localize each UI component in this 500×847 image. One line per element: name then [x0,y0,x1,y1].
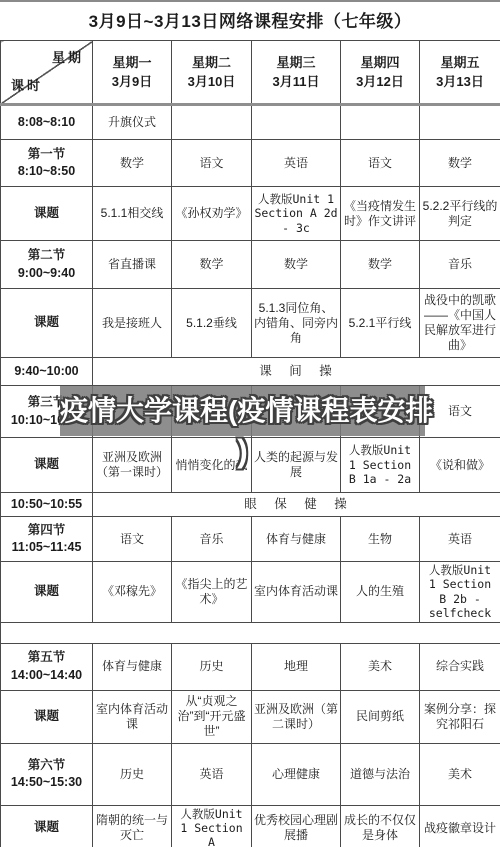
topic-cell: 优秀校园心理剧展播 [252,805,341,847]
header-day-wednesday: 星期三 3月11日 [252,41,341,105]
weekday-label: 星期一 [93,53,171,73]
topic-cell: 《邓稼先》 [93,562,172,623]
topic-cell: 人的生殖 [341,562,420,623]
topic-cell: 人教版Unit 1 Section B 2b - selfcheck [420,562,500,623]
topic-label-cell: 课题 [1,690,93,743]
date-label: 3月11日 [252,72,340,92]
table-row-period-4: 第四节 11:05~11:45 语文 音乐 体育与健康 生物 英语 [1,517,500,562]
subject-cell: 数学 [252,241,341,289]
topic-cell: 悄悄变化的我 [172,438,252,493]
subject-cell [420,105,500,140]
topic-cell: 室内体育活动课 [93,690,172,743]
topic-cell: 人教版Unit 1 Section B 1a - 2a [341,438,420,493]
table-row-break-exercise: 9:40~10:00 课间操 [1,358,500,386]
topic-label-cell: 课题 [1,187,93,241]
subject-cell: 体育与健康 [252,517,341,562]
subject-cell [252,105,341,140]
table-row-topic-3: 课题 亚洲及欧洲（第一课时） 悄悄变化的我 人类的起源与发展 人教版Unit 1… [1,438,500,493]
time-cell: 第六节 14:50~15:30 [1,743,93,805]
date-label: 3月10日 [172,72,251,92]
table-row-period-5: 第五节 14:00~14:40 体育与健康 历史 地理 美术 综合实践 [1,643,500,690]
subject-cell [172,386,252,438]
topic-label-cell: 课题 [1,562,93,623]
page-title: 3月9日~3月13日网络课程安排（七年级） [0,2,500,40]
subject-cell: 生物 [341,517,420,562]
table-row-topic-6: 课题 隋朝的统一与灭亡 人教版Unit 1 Section A 优秀校园心理剧展… [1,805,500,847]
subject-cell: 数学 [341,241,420,289]
topic-label-cell: 课题 [1,438,93,493]
topic-cell: 案例分享：探究祁阳石 [420,690,500,743]
table-row-flag-ceremony: 8:08~8:10 升旗仪式 [1,105,500,140]
time-cell: 第一节 8:10~8:50 [1,140,93,187]
topic-cell: 《指尖上的艺术》 [172,562,252,623]
topic-cell: 战役中的凯歌——《中国人民解放军进行曲》 [420,289,500,358]
weekday-label: 星期四 [341,53,419,73]
subject-cell: 美术 [341,643,420,690]
topic-cell: 5.1.1相交线 [93,187,172,241]
corner-week-label: 星期 [52,50,84,66]
topic-cell: 《说和做》 [420,438,500,493]
break-span-cell: 课间操 [93,358,500,386]
topic-cell: 人类的起源与发展 [252,438,341,493]
time-cell: 8:08~8:10 [1,105,93,140]
time-cell: 9:40~10:00 [1,358,93,386]
topic-cell: 室内体育活动课 [252,562,341,623]
time-cell: 第二节 9:00~9:40 [1,241,93,289]
subject-cell: 地理 [252,643,341,690]
date-label: 3月9日 [93,72,171,92]
topic-cell: 《当疫情发生时》作文讲评 [341,187,420,241]
table-row-topic-5: 课题 室内体育活动课 从“贞观之治”到“开元盛世” 亚洲及欧洲（第二课时） 民间… [1,690,500,743]
subject-cell [93,386,172,438]
table-row-topic-2: 课题 我是接班人 5.1.2垂线 5.1.3同位角、内错角、同旁内角 5.2.1… [1,289,500,358]
subject-cell: 升旗仪式 [93,105,172,140]
subject-cell: 美术 [420,743,500,805]
subject-cell: 数学 [93,140,172,187]
date-label: 3月13日 [420,72,500,92]
subject-cell: 英语 [252,140,341,187]
table-row-period-2: 第二节 9:00~9:40 省直播课 数学 数学 数学 音乐 [1,241,500,289]
table-row-period-6: 第六节 14:50~15:30 历史 英语 心理健康 道德与法治 美术 [1,743,500,805]
subject-cell: 英语 [420,517,500,562]
subject-cell: 数学 [420,140,500,187]
weekday-label: 星期二 [172,53,251,73]
weekday-label: 星期五 [420,53,500,73]
subject-cell: 语文 [172,140,252,187]
subject-cell: 体育与健康 [93,643,172,690]
subject-cell: 数学 [172,241,252,289]
subject-cell: 语文 [93,517,172,562]
header-day-friday: 星期五 3月13日 [420,41,500,105]
subject-cell: 道德与法治 [341,743,420,805]
topic-cell: 民间剪纸 [341,690,420,743]
topic-cell: 5.1.2垂线 [172,289,252,358]
subject-cell [252,386,341,438]
table-row-topic-1: 课题 5.1.1相交线 《孙权劝学》 人教版Unit 1 Section A 2… [1,187,500,241]
table-row-period-3: 第三节 10:10~10:50 语文 [1,386,500,438]
break-span-cell: 眼保健操 [93,493,500,517]
table-row-topic-4: 课题 《邓稼先》 《指尖上的艺术》 室内体育活动课 人的生殖 人教版Unit 1… [1,562,500,623]
time-cell: 第五节 14:00~14:40 [1,643,93,690]
table-row-period-1: 第一节 8:10~8:50 数学 语文 英语 语文 数学 [1,140,500,187]
topic-cell: 人教版Unit 1 Section A 2d - 3c [252,187,341,241]
header-day-thursday: 星期四 3月12日 [341,41,420,105]
time-cell: 10:50~10:55 [1,493,93,517]
topic-cell: 5.2.1平行线 [341,289,420,358]
schedule-table: 星期 课时 星期一 3月9日 星期二 3月10日 星期三 3月11日 星期四 [0,40,500,847]
time-cell: 第四节 11:05~11:45 [1,517,93,562]
corner-period-label: 课时 [11,78,43,94]
topic-cell: 5.1.3同位角、内错角、同旁内角 [252,289,341,358]
subject-cell: 音乐 [420,241,500,289]
header-corner-cell: 星期 课时 [1,41,93,105]
subject-cell: 心理健康 [252,743,341,805]
subject-cell [172,105,252,140]
gap-row [1,622,500,643]
topic-cell: 亚洲及欧洲（第一课时） [93,438,172,493]
subject-cell: 音乐 [172,517,252,562]
date-label: 3月12日 [341,72,419,92]
topic-cell: 5.2.2平行线的判定 [420,187,500,241]
subject-cell: 英语 [172,743,252,805]
topic-cell: 《孙权劝学》 [172,187,252,241]
topic-cell: 成长的不仅仅是身体 [341,805,420,847]
header-row: 星期 课时 星期一 3月9日 星期二 3月10日 星期三 3月11日 星期四 [1,41,500,105]
subject-cell: 综合实践 [420,643,500,690]
topic-cell: 从“贞观之治”到“开元盛世” [172,690,252,743]
gap-cell [1,622,500,643]
schedule-page: 3月9日~3月13日网络课程安排（七年级） 星期 课时 星期一 3月9日 星期二… [0,0,500,847]
header-day-tuesday: 星期二 3月10日 [172,41,252,105]
subject-cell: 历史 [172,643,252,690]
topic-cell: 我是接班人 [93,289,172,358]
subject-cell: 省直播课 [93,241,172,289]
subject-cell: 历史 [93,743,172,805]
table-row-eye-exercise: 10:50~10:55 眼保健操 [1,493,500,517]
topic-cell: 人教版Unit 1 Section A [172,805,252,847]
topic-cell: 战疫徽章设计 [420,805,500,847]
subject-cell: 语文 [420,386,500,438]
subject-cell: 语文 [341,140,420,187]
topic-label-cell: 课题 [1,289,93,358]
header-day-monday: 星期一 3月9日 [93,41,172,105]
weekday-label: 星期三 [252,53,340,73]
topic-cell: 隋朝的统一与灭亡 [93,805,172,847]
subject-cell [341,386,420,438]
topic-cell: 亚洲及欧洲（第二课时） [252,690,341,743]
subject-cell [341,105,420,140]
topic-label-cell: 课题 [1,805,93,847]
time-cell: 第三节 10:10~10:50 [1,386,93,438]
